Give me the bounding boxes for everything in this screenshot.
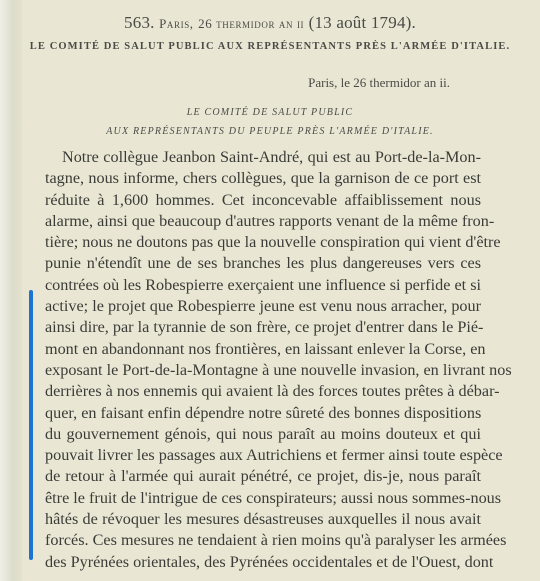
address-line-1: LE COMITÉ DE SALUT PUBLIC [0,107,540,118]
body-line: contrées où les Robespierre exerçaient u… [45,275,481,296]
document-heading: 563. Paris, 26 thermidor an ii (13 août … [0,13,540,33]
body-line: des Pyrénées orientales, des Pyrénées oc… [45,552,481,573]
heading-gregorian-date: (13 août 1794). [309,13,416,32]
page-gutter [0,0,22,581]
body-line: punie n'étendît une de ses branches les … [45,253,481,274]
heading-place: Paris, [159,16,194,31]
body-line: tagne, nous informe, chers collègues, qu… [45,168,481,189]
letter-body: Notre collègue Jeanbon Saint-André, qui … [45,147,481,573]
body-line: être le fruit de l'intrigue de ces consp… [45,488,481,509]
body-line: mont en abandonnant nos frontières, en l… [45,339,481,360]
body-line: derrières à nos ennemis qui avaient là d… [45,381,481,402]
body-line: du gouvernement génois, qui nous paraît … [45,424,481,445]
body-line: exposant le Port-de-la-Montagne à une no… [45,360,481,381]
body-line: de retour à l'armée qui aurait pénétré, … [45,466,481,487]
dateline: Paris, le 26 thermidor an ii. [308,75,450,91]
body-line: active; le projet que Robespierre jeune … [45,296,481,317]
heading-republican-date: 26 thermidor an ii [198,16,304,31]
body-line: quer, en faisant enfin dépendre notre sû… [45,403,481,424]
address-line-2: AUX REPRÉSENTANTS DU PEUPLE PRÈS L'ARMÉE… [0,126,540,137]
document-number: 563. [124,13,155,32]
body-line: ainsi dire, par la tyrannie de son frère… [45,317,481,338]
document-subheading: LE COMITÉ DE SALUT PUBLIC AUX REPRÉSENTA… [0,41,540,52]
body-line: Notre collègue Jeanbon Saint-André, qui … [45,147,481,168]
body-line: tière; nous ne doutons pas que la nouvel… [45,232,481,253]
selection-highlight-bar [29,290,33,560]
body-line: hâtés de révoquer les mesures désastreus… [45,509,481,530]
body-line: forcés. Ces mesures ne tendaient à rien … [45,530,481,551]
body-line: pouvait livrer les passages aux Autrichi… [45,445,481,466]
body-line: alarme, ainsi que beaucoup d'autres rapp… [45,211,481,232]
body-line: réduite à 1,600 hommes. Cet inconcevable… [45,190,481,211]
